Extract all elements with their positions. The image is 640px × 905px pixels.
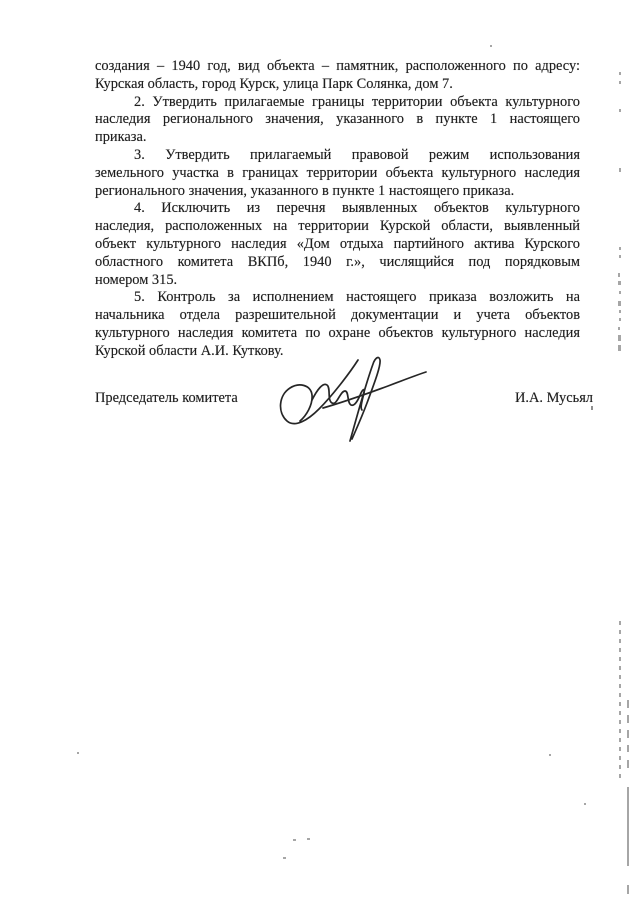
body-line: объект культурного наследия «Дом отдыха … (95, 236, 580, 254)
body-line: культурного наследия комитета по охране … (95, 325, 580, 343)
body-line: 5. Контроль за исполнением настоящего пр… (95, 289, 580, 307)
body-line: 2. Утвердить прилагаемые границы террито… (95, 94, 580, 112)
body-line: регионального значения, указанного в пун… (95, 183, 580, 201)
body-line: наследия регионального значения, указанн… (95, 111, 580, 129)
document-page: создания – 1940 год, вид объекта – памят… (0, 0, 640, 905)
body-line: наследия, расположенных на территории Ку… (95, 218, 580, 236)
body-line: 4. Исключить из перечня выявленных объек… (95, 200, 580, 218)
handwritten-signature (266, 348, 434, 446)
body-line: номером 315. (95, 272, 580, 290)
body-text: создания – 1940 год, вид объекта – памят… (95, 58, 580, 361)
body-line: приказа. (95, 129, 580, 147)
body-line: областного комитета ВКПб, 1940 г.», числ… (95, 254, 580, 272)
body-line: земельного участка в границах территории… (95, 165, 580, 183)
body-line: Курская область, город Курск, улица Парк… (95, 76, 580, 94)
signatory-name: И.А. Мусьял (515, 390, 593, 408)
body-line: 3. Утвердить прилагаемый правовой режим … (95, 147, 580, 165)
body-line: создания – 1940 год, вид объекта – памят… (95, 58, 580, 76)
signatory-role: Председатель комитета (95, 390, 238, 408)
body-line: начальника отдела разрешительной докумен… (95, 307, 580, 325)
